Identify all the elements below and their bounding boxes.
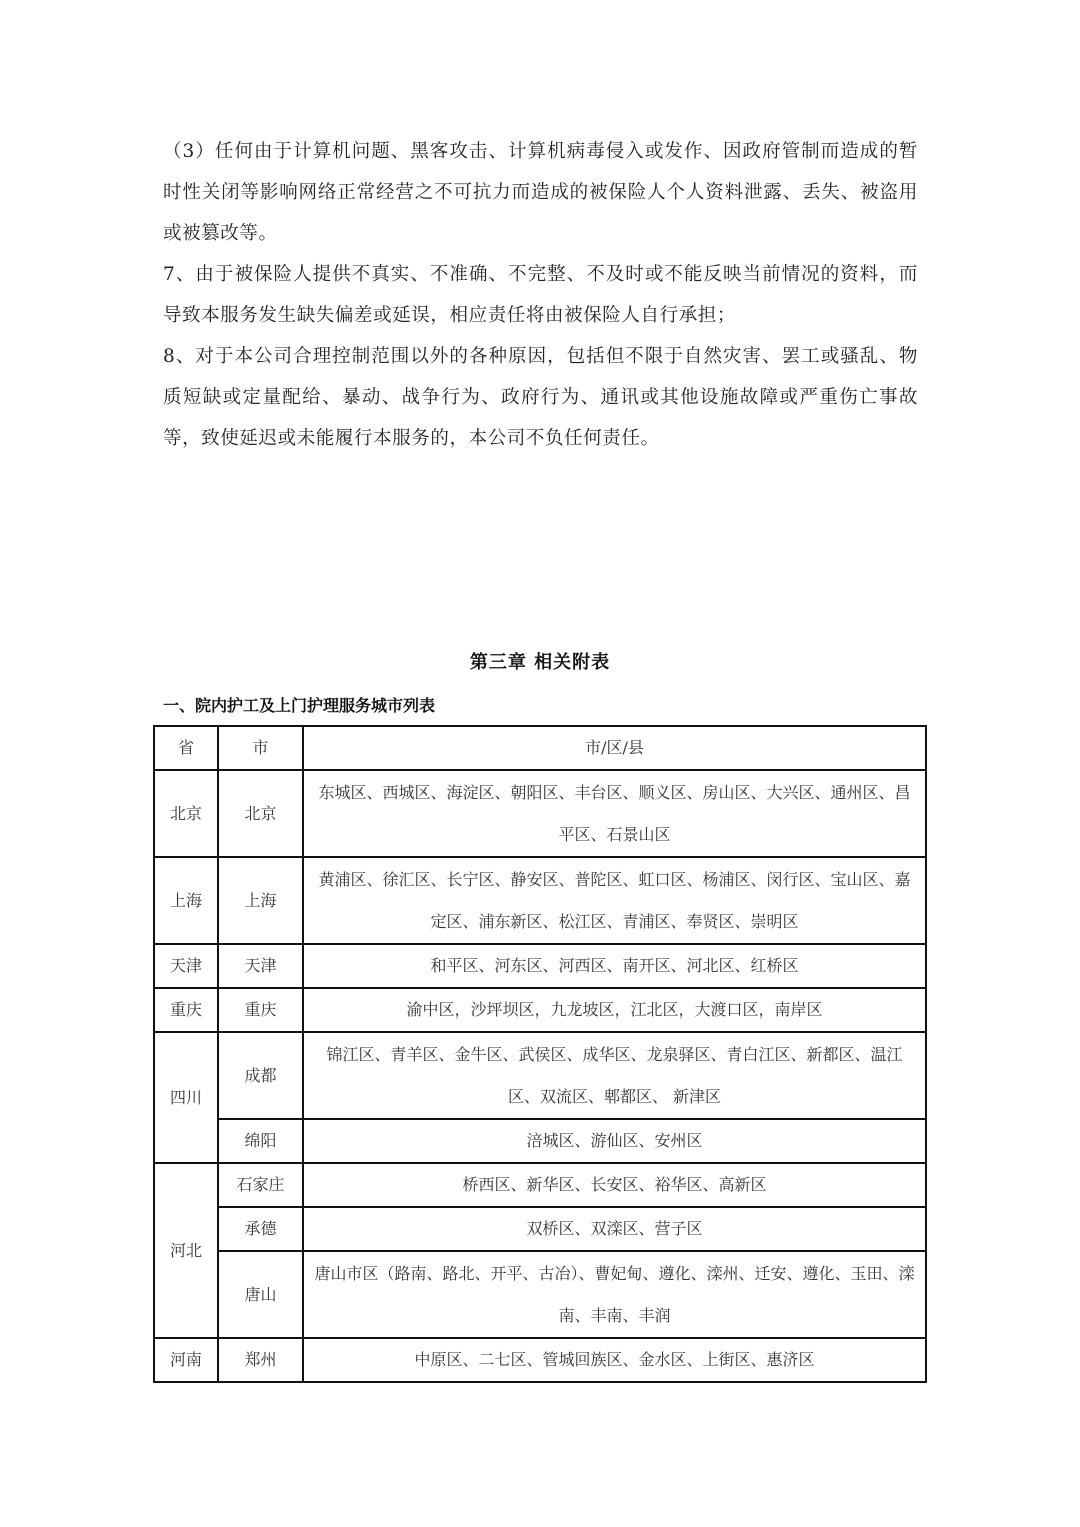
table-row: 承德 双桥区、双滦区、营子区 — [154, 1207, 926, 1251]
city-cell: 上海 — [218, 857, 303, 944]
city-cell: 天津 — [218, 944, 303, 988]
districts-cell: 锦江区、青羊区、金牛区、武侯区、成华区、龙泉驿区、青白江区、新都区、温江区、双流… — [303, 1032, 926, 1119]
chapter-title: 第三章 相关附表 — [0, 648, 1080, 674]
city-cell: 北京 — [218, 770, 303, 857]
city-cell: 郑州 — [218, 1338, 303, 1382]
table-row: 天津 天津 和平区、河东区、河西区、南开区、河北区、红桥区 — [154, 944, 926, 988]
province-cell: 河南 — [154, 1338, 218, 1382]
districts-cell: 双桥区、双滦区、营子区 — [303, 1207, 926, 1251]
table-header-row: 省 市 市/区/县 — [154, 726, 926, 770]
body-text: （3）任何由于计算机问题、黑客攻击、计算机病毒侵入或发作、因政府管制而造成的暂时… — [163, 131, 918, 459]
table-row: 四川 成都 锦江区、青羊区、金牛区、武侯区、成华区、龙泉驿区、青白江区、新都区、… — [154, 1032, 926, 1119]
province-cell: 河北 — [154, 1163, 218, 1338]
table-row: 河南 郑州 中原区、二七区、管城回族区、金水区、上街区、惠济区 — [154, 1338, 926, 1382]
header-districts: 市/区/县 — [303, 726, 926, 770]
paragraph-item-7: 7、由于被保险人提供不真实、不准确、不完整、不及时或不能反映当前情况的资料，而导… — [163, 254, 918, 336]
districts-cell: 渝中区，沙坪坝区，九龙坡区，江北区，大渡口区，南岸区 — [303, 988, 926, 1032]
service-city-table: 省 市 市/区/县 北京 北京 东城区、西城区、海淀区、朝阳区、丰台区、顺义区、… — [153, 725, 927, 1383]
paragraph-item-8: 8、对于本公司合理控制范围以外的各种原因，包括但不限于自然灾害、罢工或骚乱、物质… — [163, 336, 918, 459]
city-cell: 唐山 — [218, 1251, 303, 1338]
province-cell: 北京 — [154, 770, 218, 857]
header-city: 市 — [218, 726, 303, 770]
province-cell: 天津 — [154, 944, 218, 988]
districts-cell: 桥西区、新华区、长安区、裕华区、高新区 — [303, 1163, 926, 1207]
province-cell: 四川 — [154, 1032, 218, 1163]
city-cell: 石家庄 — [218, 1163, 303, 1207]
table-row: 河北 石家庄 桥西区、新华区、长安区、裕华区、高新区 — [154, 1163, 926, 1207]
city-cell: 重庆 — [218, 988, 303, 1032]
city-cell: 绵阳 — [218, 1119, 303, 1163]
table-row: 唐山 唐山市区（路南、路北、开平、古冶）、曹妃甸、遵化、滦州、迁安、遵化、玉田、… — [154, 1251, 926, 1338]
districts-cell: 唐山市区（路南、路北、开平、古冶）、曹妃甸、遵化、滦州、迁安、遵化、玉田、滦南、… — [303, 1251, 926, 1338]
province-cell: 上海 — [154, 857, 218, 944]
districts-cell: 黄浦区、徐汇区、长宁区、静安区、普陀区、虹口区、杨浦区、闵行区、宝山区、嘉定区、… — [303, 857, 926, 944]
districts-cell: 东城区、西城区、海淀区、朝阳区、丰台区、顺义区、房山区、大兴区、通州区、昌平区、… — [303, 770, 926, 857]
province-cell: 重庆 — [154, 988, 218, 1032]
paragraph-item-3: （3）任何由于计算机问题、黑客攻击、计算机病毒侵入或发作、因政府管制而造成的暂时… — [163, 131, 918, 254]
header-province: 省 — [154, 726, 218, 770]
table-row: 北京 北京 东城区、西城区、海淀区、朝阳区、丰台区、顺义区、房山区、大兴区、通州… — [154, 770, 926, 857]
section-title: 一、院内护工及上门护理服务城市列表 — [163, 693, 435, 716]
table-row: 上海 上海 黄浦区、徐汇区、长宁区、静安区、普陀区、虹口区、杨浦区、闵行区、宝山… — [154, 857, 926, 944]
city-cell: 承德 — [218, 1207, 303, 1251]
table-row: 重庆 重庆 渝中区，沙坪坝区，九龙坡区，江北区，大渡口区，南岸区 — [154, 988, 926, 1032]
districts-cell: 涪城区、游仙区、安州区 — [303, 1119, 926, 1163]
districts-cell: 和平区、河东区、河西区、南开区、河北区、红桥区 — [303, 944, 926, 988]
districts-cell: 中原区、二七区、管城回族区、金水区、上街区、惠济区 — [303, 1338, 926, 1382]
table-row: 绵阳 涪城区、游仙区、安州区 — [154, 1119, 926, 1163]
city-cell: 成都 — [218, 1032, 303, 1119]
